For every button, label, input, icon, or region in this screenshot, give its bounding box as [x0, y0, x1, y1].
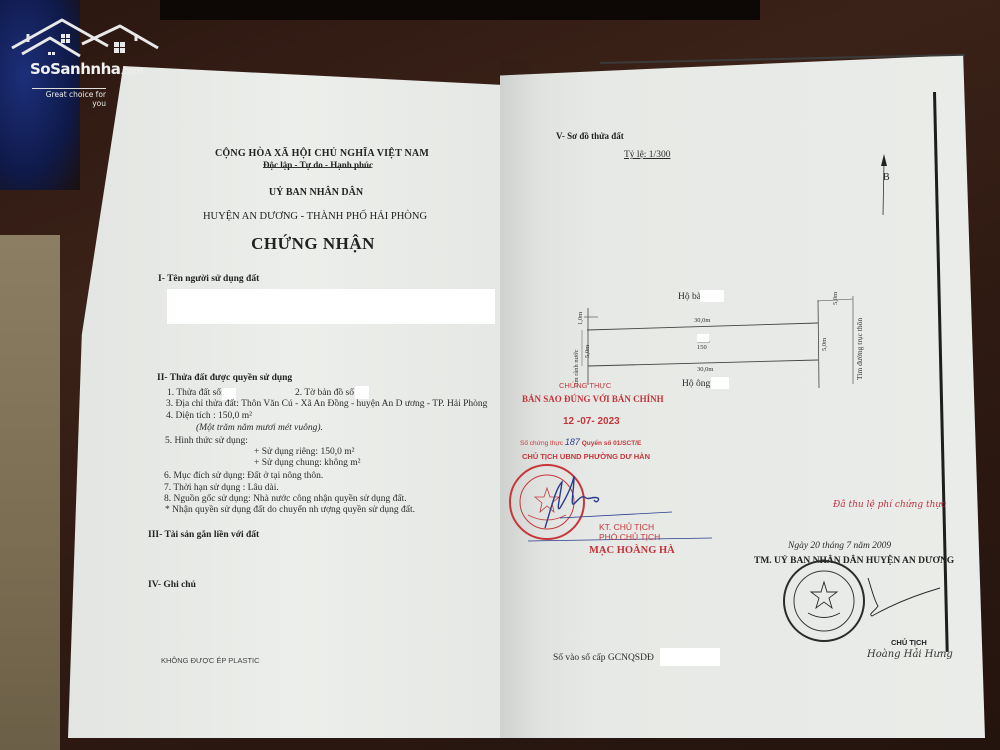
background-box — [0, 235, 60, 750]
north-label: B — [883, 172, 890, 183]
issuing-body: TM. UỶ BAN NHÂN DÂN HUYỆN AN DƯƠNG — [754, 556, 954, 566]
redacted-map-sheet — [355, 386, 369, 399]
chair-title: CHỦ TỊCH — [891, 638, 927, 647]
document-title: CHỨNG NHẬN — [251, 234, 375, 254]
land-use-purpose: 6. Mục đích sử dụng: Đất ở tại nông thôn… — [164, 471, 323, 481]
cert-date: 12 -07- 2023 — [563, 416, 620, 427]
private-use: + Sử dụng riêng: 150,0 m² — [254, 447, 354, 457]
chair-name: Hoàng Hải Hưng — [867, 649, 953, 660]
registry-number-label: Số vào sổ cấp GCNQSDĐ — [553, 653, 654, 663]
brand-domain: .com — [120, 66, 143, 77]
no-lamination-note: KHÔNG ĐƯỢC ÉP PLASTIC — [161, 656, 260, 665]
neighbor-north: Hộ bà — [678, 292, 701, 302]
watermark-tagline: Great choice for you — [32, 88, 106, 108]
cert-number-row: Số chứng thực 187 Quyển số 01/SCT/E — [520, 437, 641, 447]
cert-number-value: 187 — [565, 437, 580, 447]
section-1-heading: I- Tên người sử dụng đất — [158, 274, 259, 284]
redacted-parcel-id — [697, 334, 709, 342]
cert-authority: CHỦ TỊCH UBND PHƯỜNG DƯ HÀN — [522, 452, 650, 461]
parcel-area-words: (Một trăm năm mươi mét vuông). — [196, 423, 323, 433]
land-use-origin-note: * Nhận quyền sử dụng đất do chuyển nh ượ… — [165, 505, 415, 515]
section-3-heading: III- Tài sản gắn liền với đất — [148, 530, 259, 540]
cert-true-copy: BẢN SAO ĐÚNG VỚI BẢN CHÍNH — [522, 394, 664, 404]
right-boundary-label: Tim đường trục thôn — [855, 318, 864, 380]
redacted-owner-name — [167, 289, 495, 324]
parcel-area: 4. Diện tích : 150,0 m² — [166, 411, 252, 421]
national-title: CỘNG HÒA XÃ HỘI CHỦ NGHĨA VIỆT NAM — [215, 148, 429, 159]
cert-signer-role-1: KT. CHỦ TỊCH — [599, 522, 654, 532]
map-sheet-label: 2. Tờ bản đồ số — [295, 388, 354, 398]
parcel-number-label: 1. Thửa đất số: — [167, 388, 224, 398]
redacted-neighbor-north — [700, 290, 724, 302]
shared-use: + Sử dụng chung: không m² — [254, 458, 361, 468]
fee-collected-note: Đã thu lệ phí chứng thực — [833, 500, 946, 510]
bottom-length: 30,0m — [697, 366, 713, 373]
right-offset: 5,0m — [832, 292, 839, 305]
cert-stamp-label: CHỨNG THỰC — [559, 381, 611, 390]
redacted-registry-number — [660, 648, 720, 666]
parcel-address: 3. Địa chỉ thửa đất: Thôn Văn Cú - Xã An… — [166, 399, 487, 409]
national-motto: Độc lập - Tự do - Hạnh phúc — [263, 160, 373, 170]
cert-book-label: Quyển số — [582, 440, 612, 447]
usage-form-label: 5. Hình thức sử dụng: — [165, 436, 248, 446]
land-use-duration: 7. Thời hạn sử dụng : Lâu dài. — [164, 483, 279, 493]
cert-number-label: Số chứng thực — [520, 440, 563, 447]
diagram-scale: Tỷ lệ: 1/300 — [624, 150, 670, 160]
watermark-logo: SoSanhnha.com Great choice for you — [8, 12, 163, 92]
section-2-heading: II- Thửa đất được quyền sử dụng — [157, 373, 292, 383]
redacted-neighbor-south — [711, 377, 729, 389]
cert-signer-role-2: PHÓ CHỦ TỊCH — [599, 532, 660, 542]
background-shadow — [160, 0, 760, 20]
issue-date: Ngày 20 tháng 7 năm 2009 — [788, 541, 891, 551]
houses-logo-icon — [8, 12, 163, 62]
right-width: 5,0m — [821, 338, 828, 351]
left-width: 5,0m — [584, 345, 591, 358]
section-4-heading: IV- Ghi chú — [148, 580, 196, 590]
cert-book-value: 01/SCT/E — [613, 440, 641, 447]
cert-signer-name: MẠC HOÀNG HÀ — [589, 545, 675, 556]
top-length: 30,0m — [694, 317, 710, 324]
parcel-area-label: 150 — [697, 344, 707, 351]
land-use-origin: 8. Nguồn gốc sử dụng: Nhà nước công nhận… — [164, 494, 407, 504]
issuer-location: HUYỆN AN DƯƠNG - THÀNH PHỐ HẢI PHÒNG — [203, 211, 427, 222]
motto-underline — [263, 167, 371, 168]
watermark-brand: SoSanhnha.com — [30, 60, 143, 78]
section-5-heading: V- Sơ đồ thửa đất — [556, 131, 624, 141]
left-offset: 1,0m — [577, 312, 584, 325]
issuer-title: UỶ BAN NHÂN DÂN — [269, 187, 363, 198]
brand-name: SoSanhnha — [30, 60, 120, 78]
neighbor-south: Hộ ông — [682, 379, 710, 389]
